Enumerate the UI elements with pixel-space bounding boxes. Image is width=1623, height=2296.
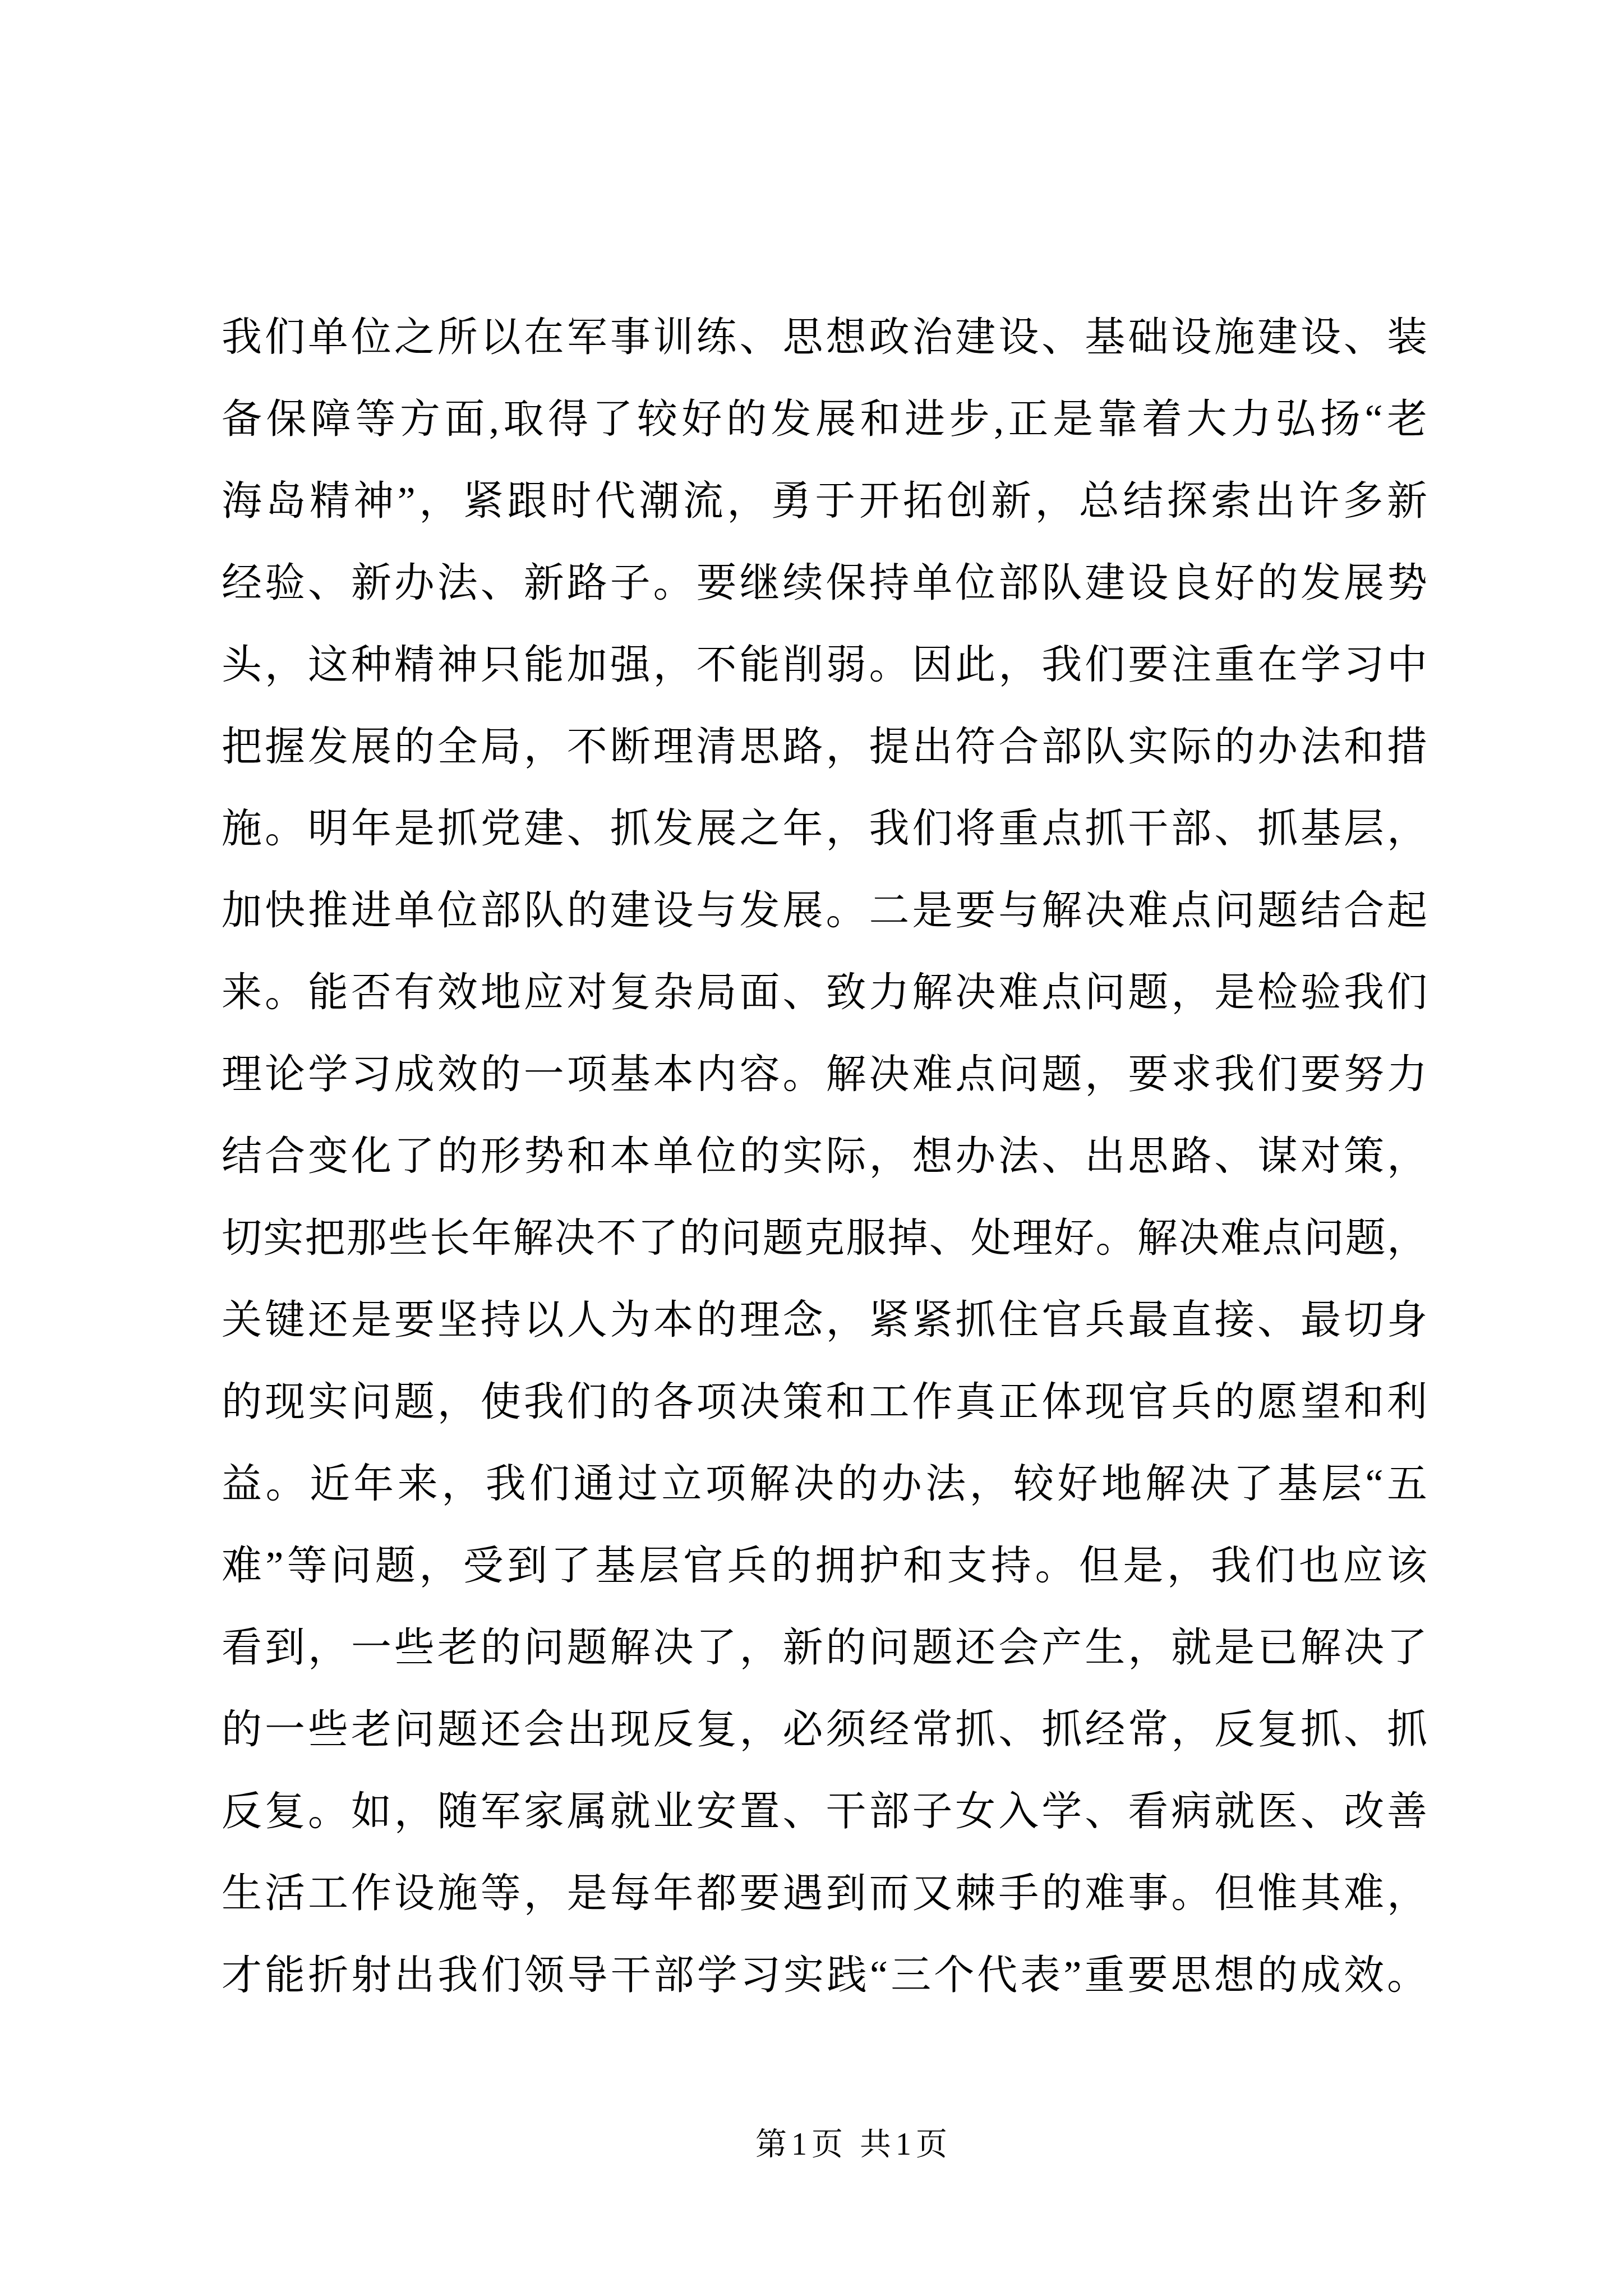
- text-line: 的一些老问题还会出现反复，必须经常抓、抓经常，反复抓、抓: [222, 1688, 1427, 1770]
- text-line: 切实把那些长年解决不了的问题克服掉、处理好。解决难点问题，: [222, 1197, 1427, 1279]
- text-line: 海岛精神”，紧跟时代潮流，勇于开拓创新，总结探索出许多新: [222, 460, 1427, 542]
- page-number-footer: 第1页 共1页: [755, 2119, 952, 2164]
- text-line: 经验、新办法、新路子。要继续保持单位部队建设良好的发展势: [222, 542, 1427, 624]
- text-line: 理论学习成效的一项基本内容。解决难点问题，要求我们要努力: [222, 1033, 1427, 1115]
- text-line: 看到，一些老的问题解决了，新的问题还会产生，就是已解决了: [222, 1607, 1427, 1688]
- text-line: 来。能否有效地应对复杂局面、致力解决难点问题，是检验我们: [222, 951, 1427, 1033]
- document-page: 我们单位之所以在军事训练、思想政治建设、基础设施建设、装 备保障等方面,取得了较…: [0, 0, 1623, 2296]
- text-line: 加快推进单位部队的建设与发展。二是要与解决难点问题结合起: [222, 869, 1427, 951]
- text-line: 备保障等方面,取得了较好的发展和进步,正是靠着大力弘扬“老: [222, 378, 1427, 460]
- text-line: 关键还是要坚持以人为本的理念，紧紧抓住官兵最直接、最切身: [222, 1279, 1427, 1361]
- text-line: 把握发展的全局，不断理清思路，提出符合部队实际的办法和措: [222, 706, 1427, 788]
- text-line: 施。明年是抓党建、抓发展之年，我们将重点抓干部、抓基层，: [222, 788, 1427, 869]
- text-line: 生活工作设施等，是每年都要遇到而又棘手的难事。但惟其难，: [222, 1852, 1427, 1934]
- text-line: 我们单位之所以在军事训练、思想政治建设、基础设施建设、装: [222, 296, 1427, 378]
- text-line: 才能折射出我们领导干部学习实践“三个代表”重要思想的成效。: [222, 1934, 1427, 2016]
- text-line: 益。近年来，我们通过立项解决的办法，较好地解决了基层“五: [222, 1443, 1427, 1525]
- text-line: 结合变化了的形势和本单位的实际，想办法、出思路、谋对策，: [222, 1115, 1427, 1197]
- text-line: 难”等问题，受到了基层官兵的拥护和支持。但是，我们也应该: [222, 1525, 1427, 1607]
- text-line: 的现实问题，使我们的各项决策和工作真正体现官兵的愿望和利: [222, 1361, 1427, 1443]
- text-line: 头，这种精神只能加强，不能削弱。因此，我们要注重在学习中: [222, 624, 1427, 706]
- document-body: 我们单位之所以在军事训练、思想政治建设、基础设施建设、装 备保障等方面,取得了较…: [222, 296, 1427, 2016]
- text-line: 反复。如，随军家属就业安置、干部子女入学、看病就医、改善: [222, 1770, 1427, 1852]
